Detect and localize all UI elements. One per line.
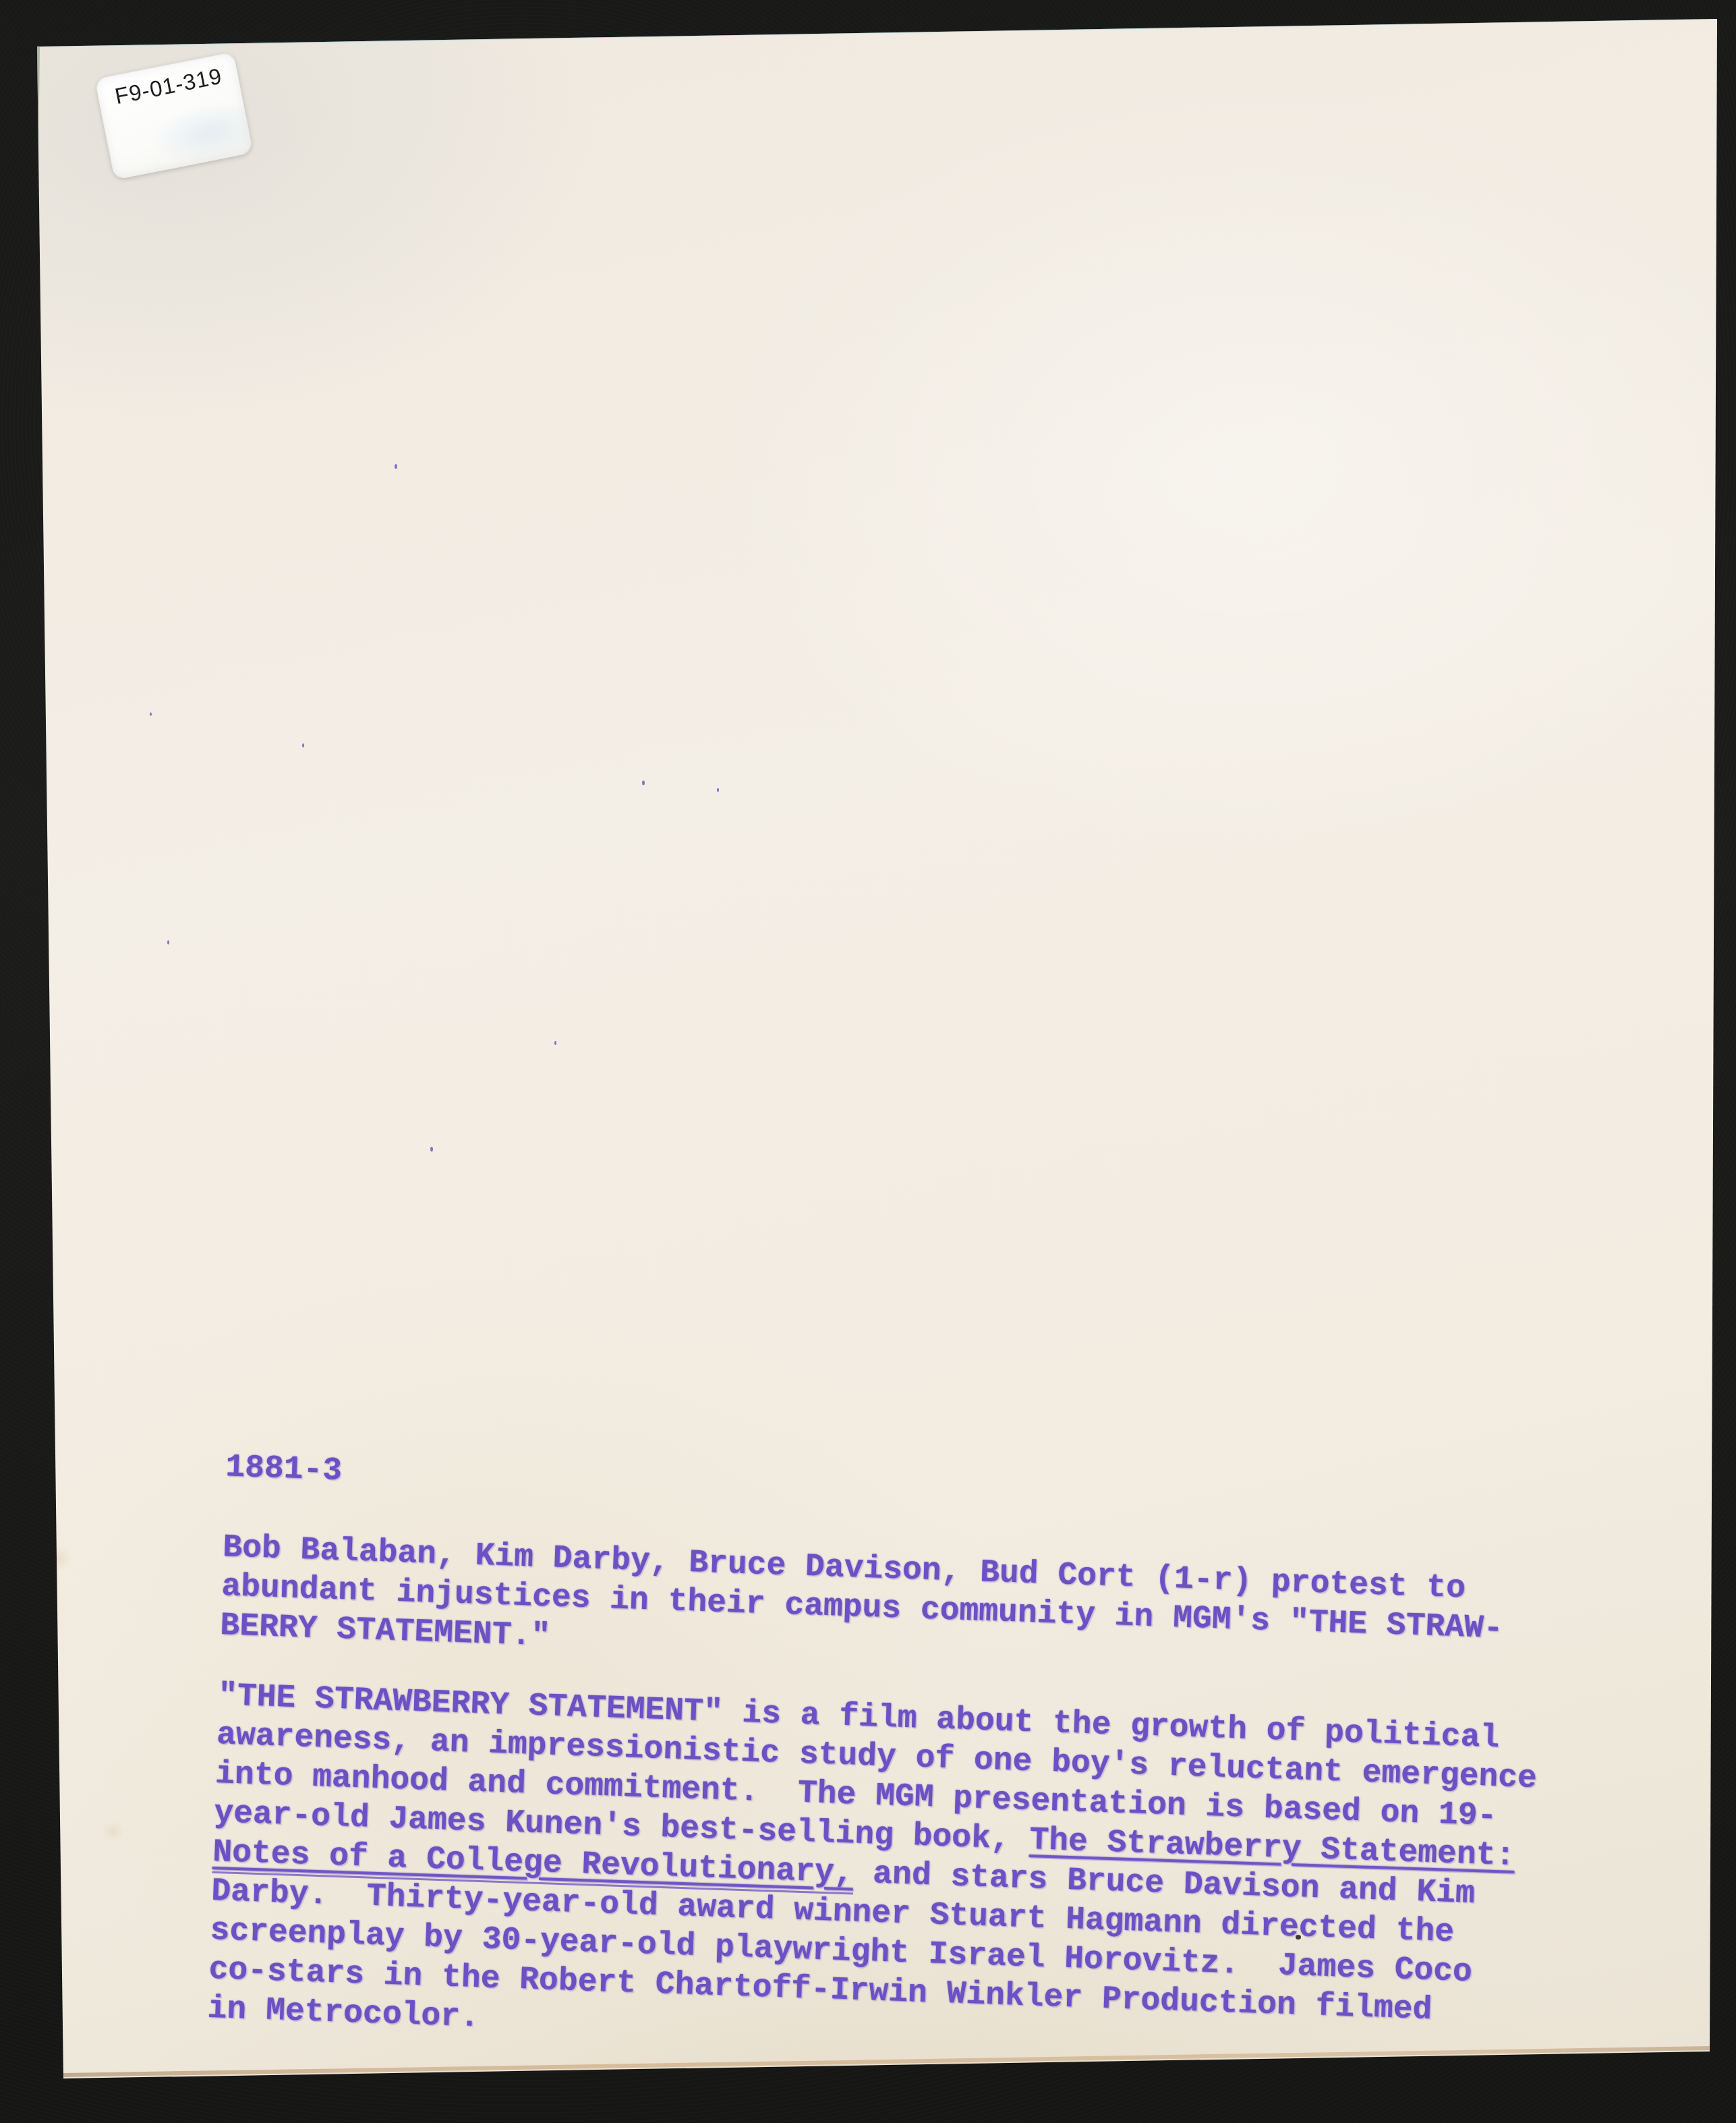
id-sticker: F9-01-319 (94, 51, 254, 180)
ink-speck (395, 464, 397, 469)
text-segment: in Metrocolor. (207, 1991, 480, 2036)
photo-code-block: 1881-3 (225, 1448, 1642, 1534)
ink-speck (167, 940, 169, 944)
paper-stain (101, 1821, 124, 1842)
ink-speck (302, 743, 304, 747)
photo-paper-back: F9-01-319 1881-3Bob Balaban, Kim Darby, … (0, 0, 1736, 2123)
typed-text: 1881-3Bob Balaban, Kim Darby, Bruce Davi… (207, 1448, 1642, 2075)
ink-speck (642, 781, 645, 785)
ink-speck (150, 712, 152, 716)
text-segment: 1881-3 (225, 1449, 343, 1490)
typed-line: 1881-3 (225, 1448, 1642, 1534)
caption-block: Bob Balaban, Kim Darby, Bruce Davison, B… (220, 1528, 1640, 1693)
ink-speck (554, 1041, 556, 1045)
ink-speck (717, 788, 719, 792)
synopsis-block: "THE STRAWBERRY STATEMENT" is a film abo… (207, 1676, 1634, 2075)
sticker-label: F9-01-319 (95, 52, 239, 112)
ink-speck (430, 1147, 433, 1152)
